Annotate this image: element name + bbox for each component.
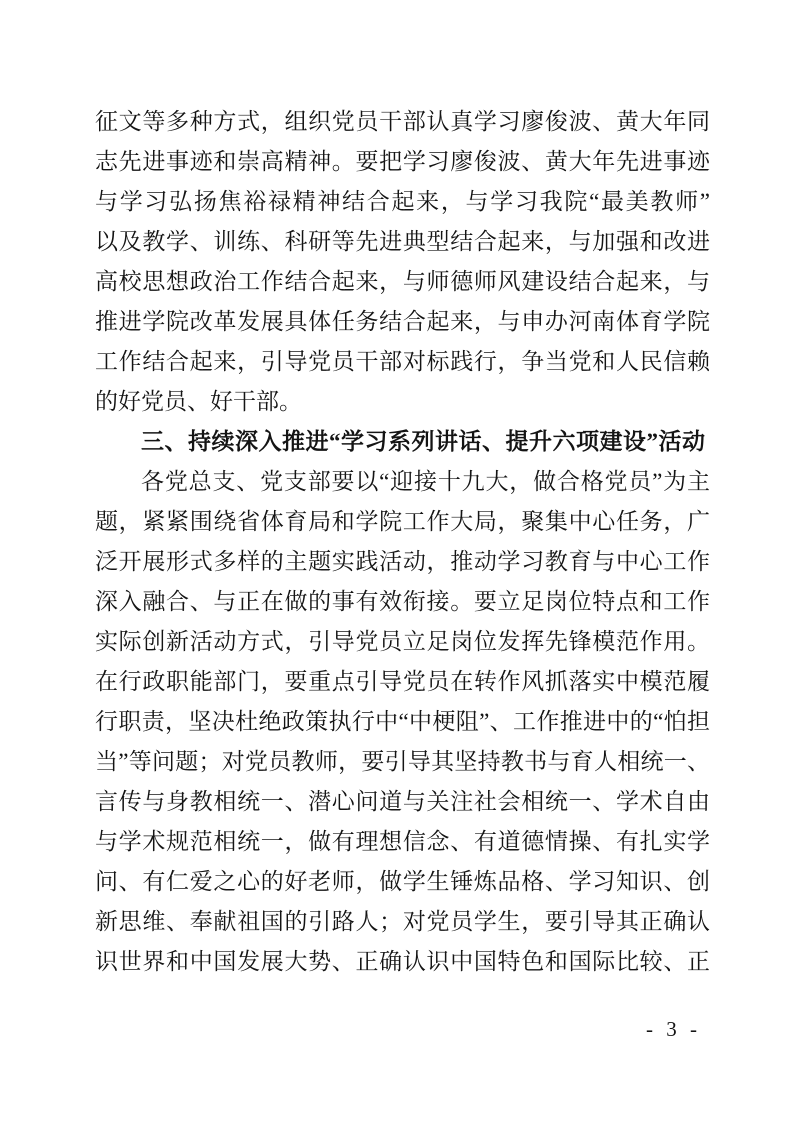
- text-line: 泛开展形式多样的主题实践活动，推动学习教育与中心工作: [95, 542, 710, 582]
- text-line: 以及教学、训练、科研等先进典型结合起来，与加强和改进: [95, 222, 710, 262]
- text-line: 志先进事迹和崇高精神。要把学习廖俊波、黄大年先进事迹: [95, 142, 710, 182]
- text-line: 行职责，坚决杜绝政策执行中“中梗阻”、工作推进中的“怕担: [95, 702, 710, 742]
- paragraph-2: 各党总支、党支部要以“迎接十九大，做合格党员”为主 题，紧紧围绕省体育局和学院工…: [95, 462, 710, 982]
- text-line: 工作结合起来，引导党员干部对标践行，争当党和人民信赖: [95, 342, 710, 382]
- paragraph-1: 征文等多种方式，组织党员干部认真学习廖俊波、黄大年同 志先进事迹和崇高精神。要把…: [95, 102, 710, 422]
- text-line: 题，紧紧围绕省体育局和学院工作大局，聚集中心任务，广: [95, 502, 710, 542]
- text-line: 推进学院改革发展具体任务结合起来，与申办河南体育学院: [95, 302, 710, 342]
- text-line: 识世界和中国发展大势、正确认识中国特色和国际比较、正: [95, 942, 710, 982]
- text-line: 高校思想政治工作结合起来，与师德师风建设结合起来，与: [95, 262, 710, 302]
- text-line: 实际创新活动方式，引导党员立足岗位发挥先锋模范作用。: [95, 622, 710, 662]
- text-line: 新思维、奉献祖国的引路人；对党员学生，要引导其正确认: [95, 902, 710, 942]
- section-heading: 三、持续深入推进“学习系列讲话、提升六项建设”活动: [95, 422, 710, 462]
- text-line: 深入融合、与正在做的事有效衔接。要立足岗位特点和工作: [95, 582, 710, 622]
- text-line: 与学术规范相统一，做有理想信念、有道德情操、有扎实学: [95, 822, 710, 862]
- document-body: 征文等多种方式，组织党员干部认真学习廖俊波、黄大年同 志先进事迹和崇高精神。要把…: [95, 102, 710, 982]
- text-line: 问、有仁爱之心的好老师，做学生锤炼品格、学习知识、创: [95, 862, 710, 902]
- page-number: - 3 -: [646, 1016, 701, 1042]
- text-line: 各党总支、党支部要以“迎接十九大，做合格党员”为主: [95, 462, 710, 502]
- text-line: 在行政职能部门，要重点引导党员在转作风抓落实中模范履: [95, 662, 710, 702]
- text-line: 当”等问题；对党员教师，要引导其坚持教书与育人相统一、: [95, 742, 710, 782]
- text-line: 的好党员、好干部。: [95, 382, 710, 422]
- text-line: 言传与身教相统一、潜心问道与关注社会相统一、学术自由: [95, 782, 710, 822]
- text-line: 征文等多种方式，组织党员干部认真学习廖俊波、黄大年同: [95, 102, 710, 142]
- text-line: 与学习弘扬焦裕禄精神结合起来，与学习我院“最美教师”: [95, 182, 710, 222]
- document-page: 征文等多种方式，组织党员干部认真学习廖俊波、黄大年同 志先进事迹和崇高精神。要把…: [0, 0, 793, 1122]
